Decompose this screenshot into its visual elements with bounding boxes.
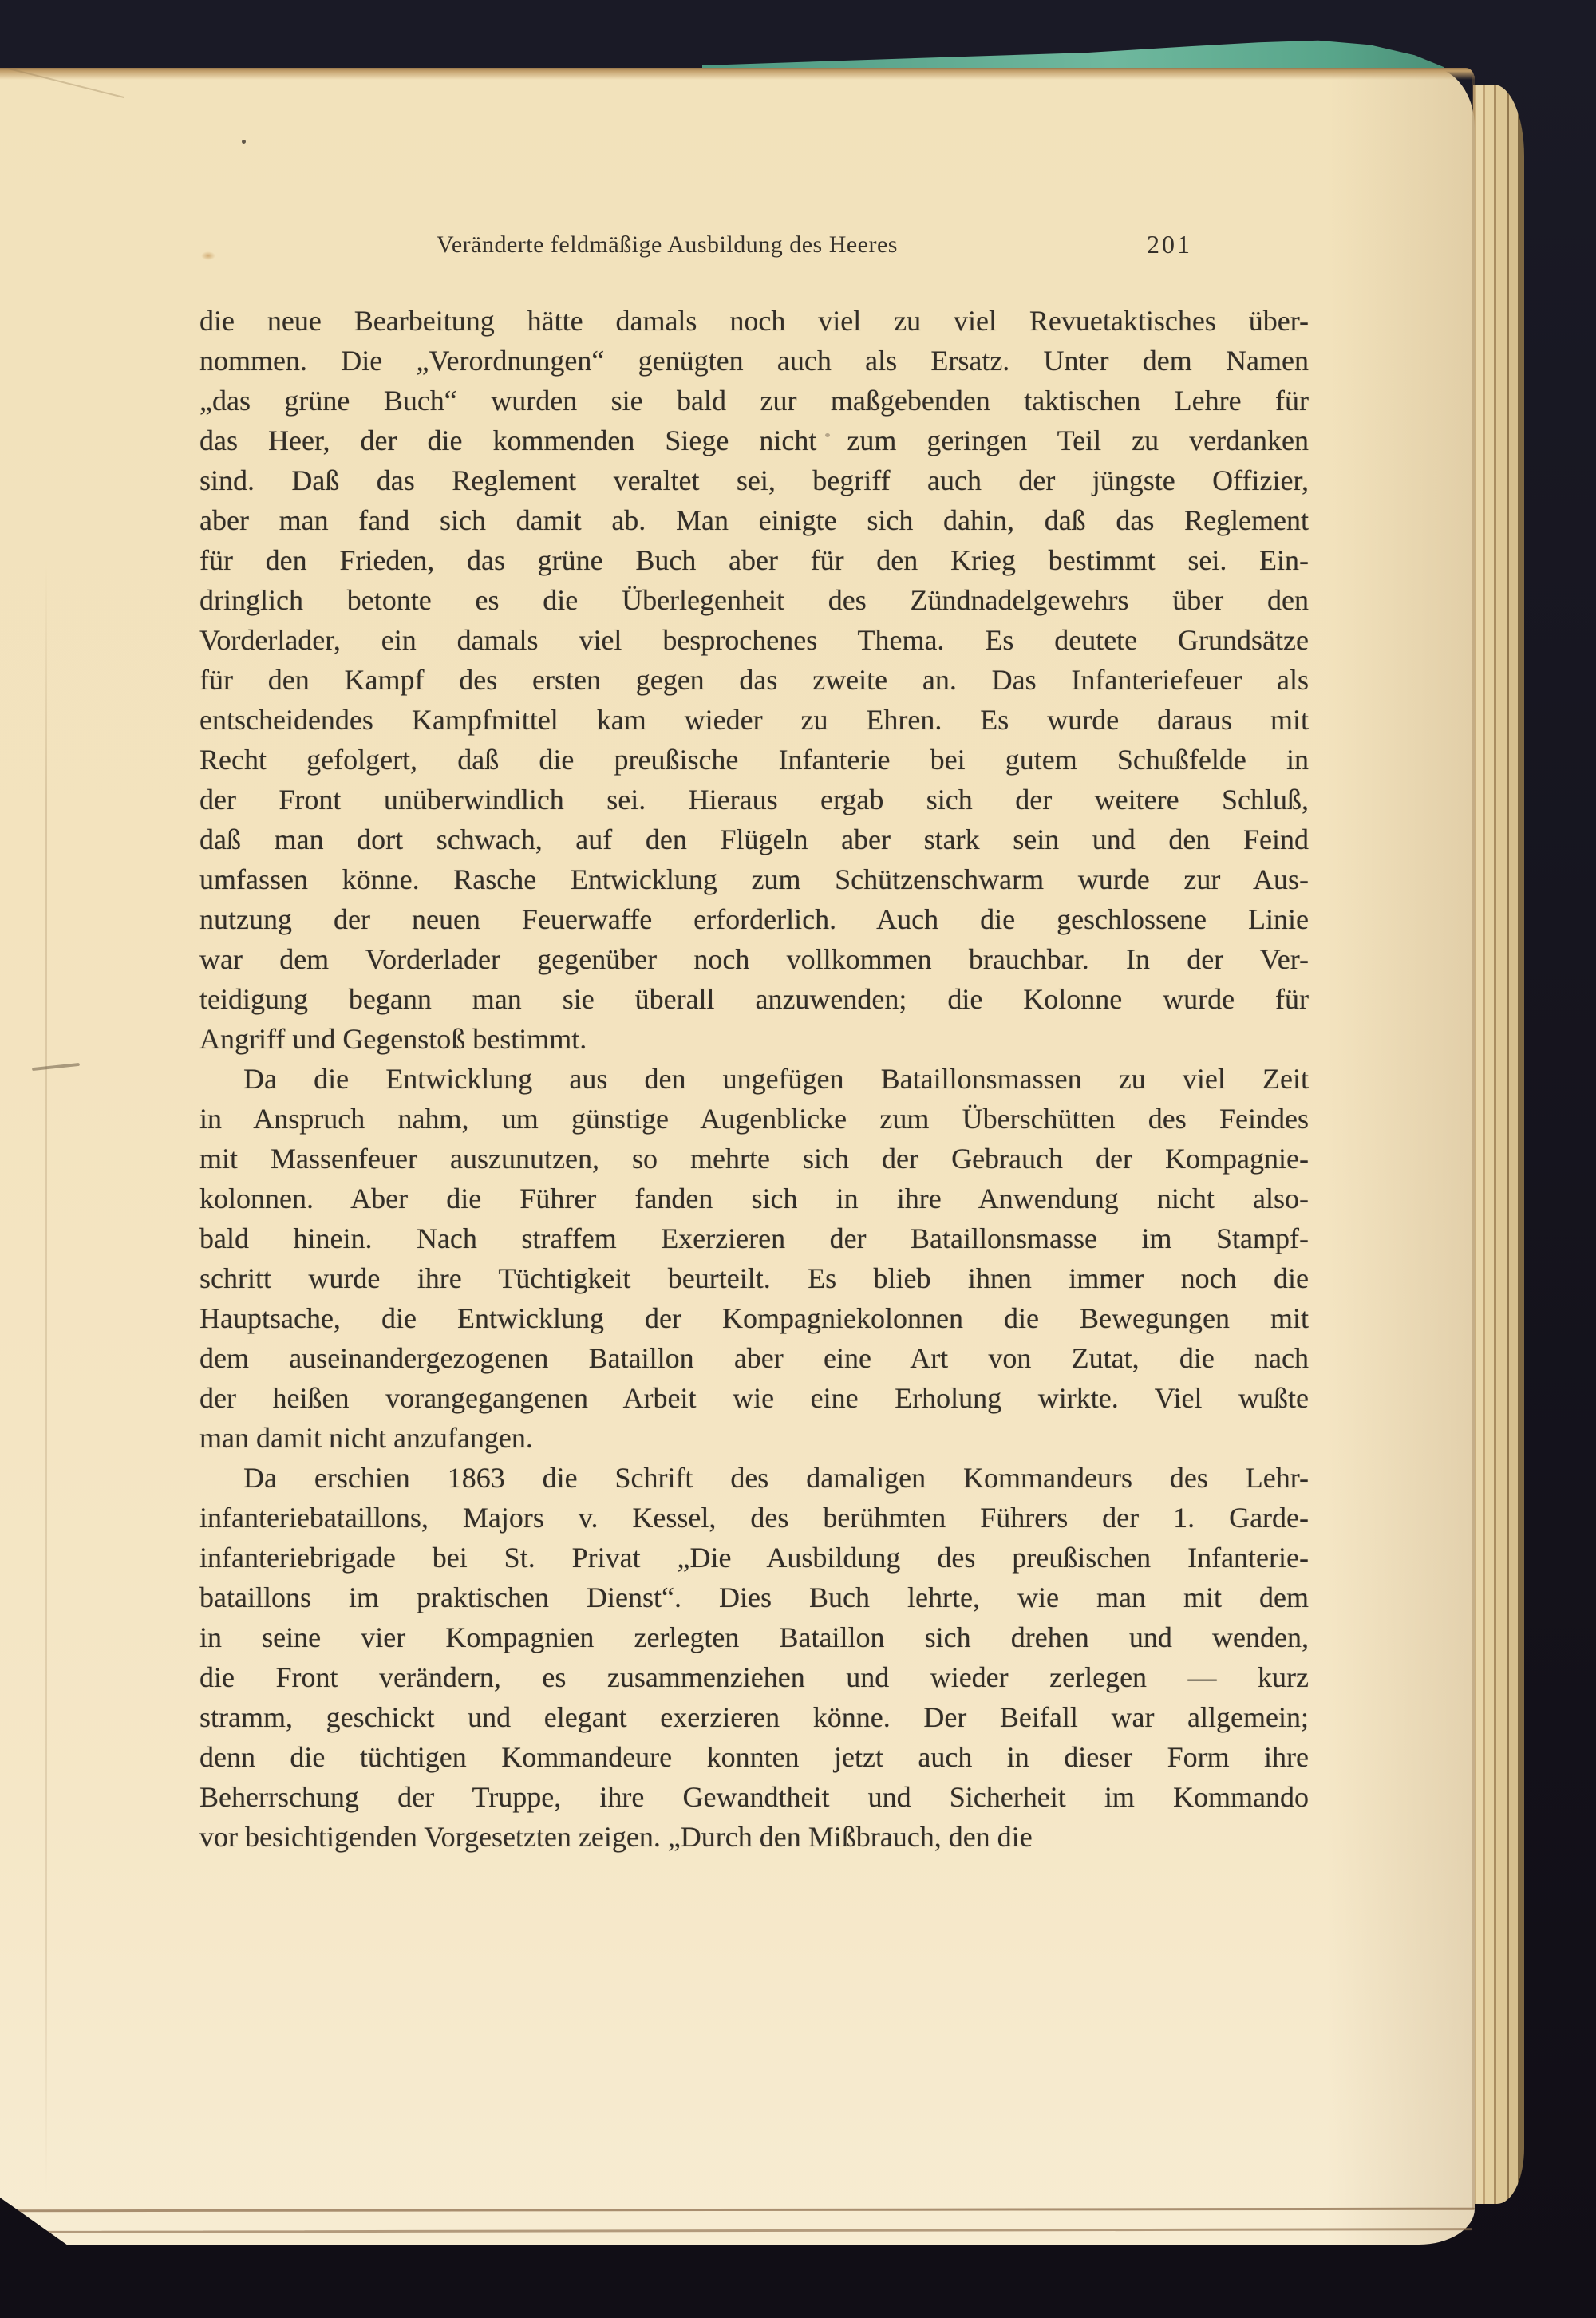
scan-background: Veränderte feldmäßige Ausbildung des Hee… <box>0 0 1596 2318</box>
text-line: die Front verändern, es zusammenziehen u… <box>199 1657 1309 1697</box>
text-line: schritt wurde ihre Tüchtigkeit beurteilt… <box>199 1258 1309 1298</box>
ink-speck <box>825 433 830 437</box>
text-line: Beherrschung der Truppe, ihre Gewandthei… <box>199 1777 1309 1817</box>
text-line: „das grüne Buch“ wurden sie bald zur maß… <box>199 381 1309 421</box>
text-line: der heißen vorangegangenen Arbeit wie ei… <box>199 1378 1309 1418</box>
text-line: der Front unüberwindlich sei. Hieraus er… <box>199 780 1309 819</box>
paragraph: Da die Entwicklung aus den ungefügen Bat… <box>199 1059 1309 1458</box>
text-line: Recht gefolgert, daß die preußische Infa… <box>199 740 1309 780</box>
page-stack-edge-line <box>44 2228 1472 2233</box>
text-line: sind. Daß das Reglement veraltet sei, be… <box>199 460 1309 500</box>
page-number: 201 <box>1147 230 1192 259</box>
text-line: kolonnen. Aber die Führer fanden sich in… <box>199 1179 1309 1218</box>
paragraph: die neue Bearbeitung hätte damals noch v… <box>199 301 1309 1059</box>
text-block: die neue Bearbeitung hätte damals noch v… <box>199 301 1309 1857</box>
text-line: Hauptsache, die Entwicklung der Kompagni… <box>199 1298 1309 1338</box>
text-line: in seine vier Kompagnien zerlegten Batai… <box>199 1617 1309 1657</box>
text-line: dem auseinandergezogenen Bataillon aber … <box>199 1338 1309 1378</box>
text-line: entscheidendes Kampfmittel kam wieder zu… <box>199 700 1309 740</box>
text-line: war dem Vorderlader gegenüber noch vollk… <box>199 939 1309 979</box>
text-line: stramm, geschickt und elegant exerzieren… <box>199 1697 1309 1737</box>
ink-speck <box>242 140 246 144</box>
text-line: bald hinein. Nach straffem Exerzieren de… <box>199 1218 1309 1258</box>
paper-scratch <box>32 1063 80 1071</box>
text-line: das Heer, der die kommenden Siege nicht … <box>199 421 1309 460</box>
text-line: mit Massenfeuer auszunutzen, so mehrte s… <box>199 1139 1309 1179</box>
torn-corner <box>0 2198 68 2245</box>
paper-crease <box>8 68 124 98</box>
text-line: man damit nicht anzufangen. <box>199 1418 1309 1458</box>
book-page: Veränderte feldmäßige Ausbildung des Hee… <box>0 68 1475 2245</box>
text-line: bataillons im praktischen Dienst“. Dies … <box>199 1578 1309 1617</box>
text-line: dringlich betonte es die Überlegenheit d… <box>199 580 1309 620</box>
paragraph: Da erschien 1863 die Schrift des damalig… <box>199 1458 1309 1857</box>
text-line: Vorderlader, ein damals viel besprochene… <box>199 620 1309 660</box>
text-line: nommen. Die „Verordnungen“ genügten auch… <box>199 341 1309 381</box>
running-title: Veränderte feldmäßige Ausbildung des Hee… <box>437 231 898 259</box>
text-line: die neue Bearbeitung hätte damals noch v… <box>199 301 1309 341</box>
text-line: Angriff und Gegenstoß bestimmt. <box>199 1019 1309 1059</box>
text-line: Da die Entwicklung aus den ungefügen Bat… <box>199 1059 1309 1099</box>
text-line: infanteriebataillons, Majors v. Kessel, … <box>199 1498 1309 1538</box>
text-line: für den Kampf des ersten gegen das zweit… <box>199 660 1309 700</box>
text-line: teidigung begann man sie überall anzuwen… <box>199 979 1309 1019</box>
text-line: aber man fand sich damit ab. Man einigte… <box>199 500 1309 540</box>
text-line: denn die tüchtigen Kommandeure konnten j… <box>199 1737 1309 1777</box>
page-stack-edge-line <box>0 2208 1475 2213</box>
fox-stain <box>201 251 215 260</box>
text-line: Da erschien 1863 die Schrift des damalig… <box>199 1458 1309 1498</box>
page-header: Veränderte feldmäßige Ausbildung des Hee… <box>0 231 1475 271</box>
text-line: umfassen könne. Rasche Entwicklung zum S… <box>199 859 1309 899</box>
text-line: für den Frieden, das grüne Buch aber für… <box>199 540 1309 580</box>
text-line: nutzung der neuen Feuerwaffe erforderlic… <box>199 899 1309 939</box>
text-line: in Anspruch nahm, um günstige Augenblick… <box>199 1099 1309 1139</box>
page-stack-fore-edge <box>1473 85 1524 2204</box>
book-cover-edge <box>702 40 1444 72</box>
paper-crease <box>45 559 47 2194</box>
text-line: daß man dort schwach, auf den Flügeln ab… <box>199 819 1309 859</box>
text-line: infanteriebrigade bei St. Privat „Die Au… <box>199 1538 1309 1578</box>
text-line: vor besichtigenden Vorgesetzten zeigen. … <box>199 1817 1309 1857</box>
